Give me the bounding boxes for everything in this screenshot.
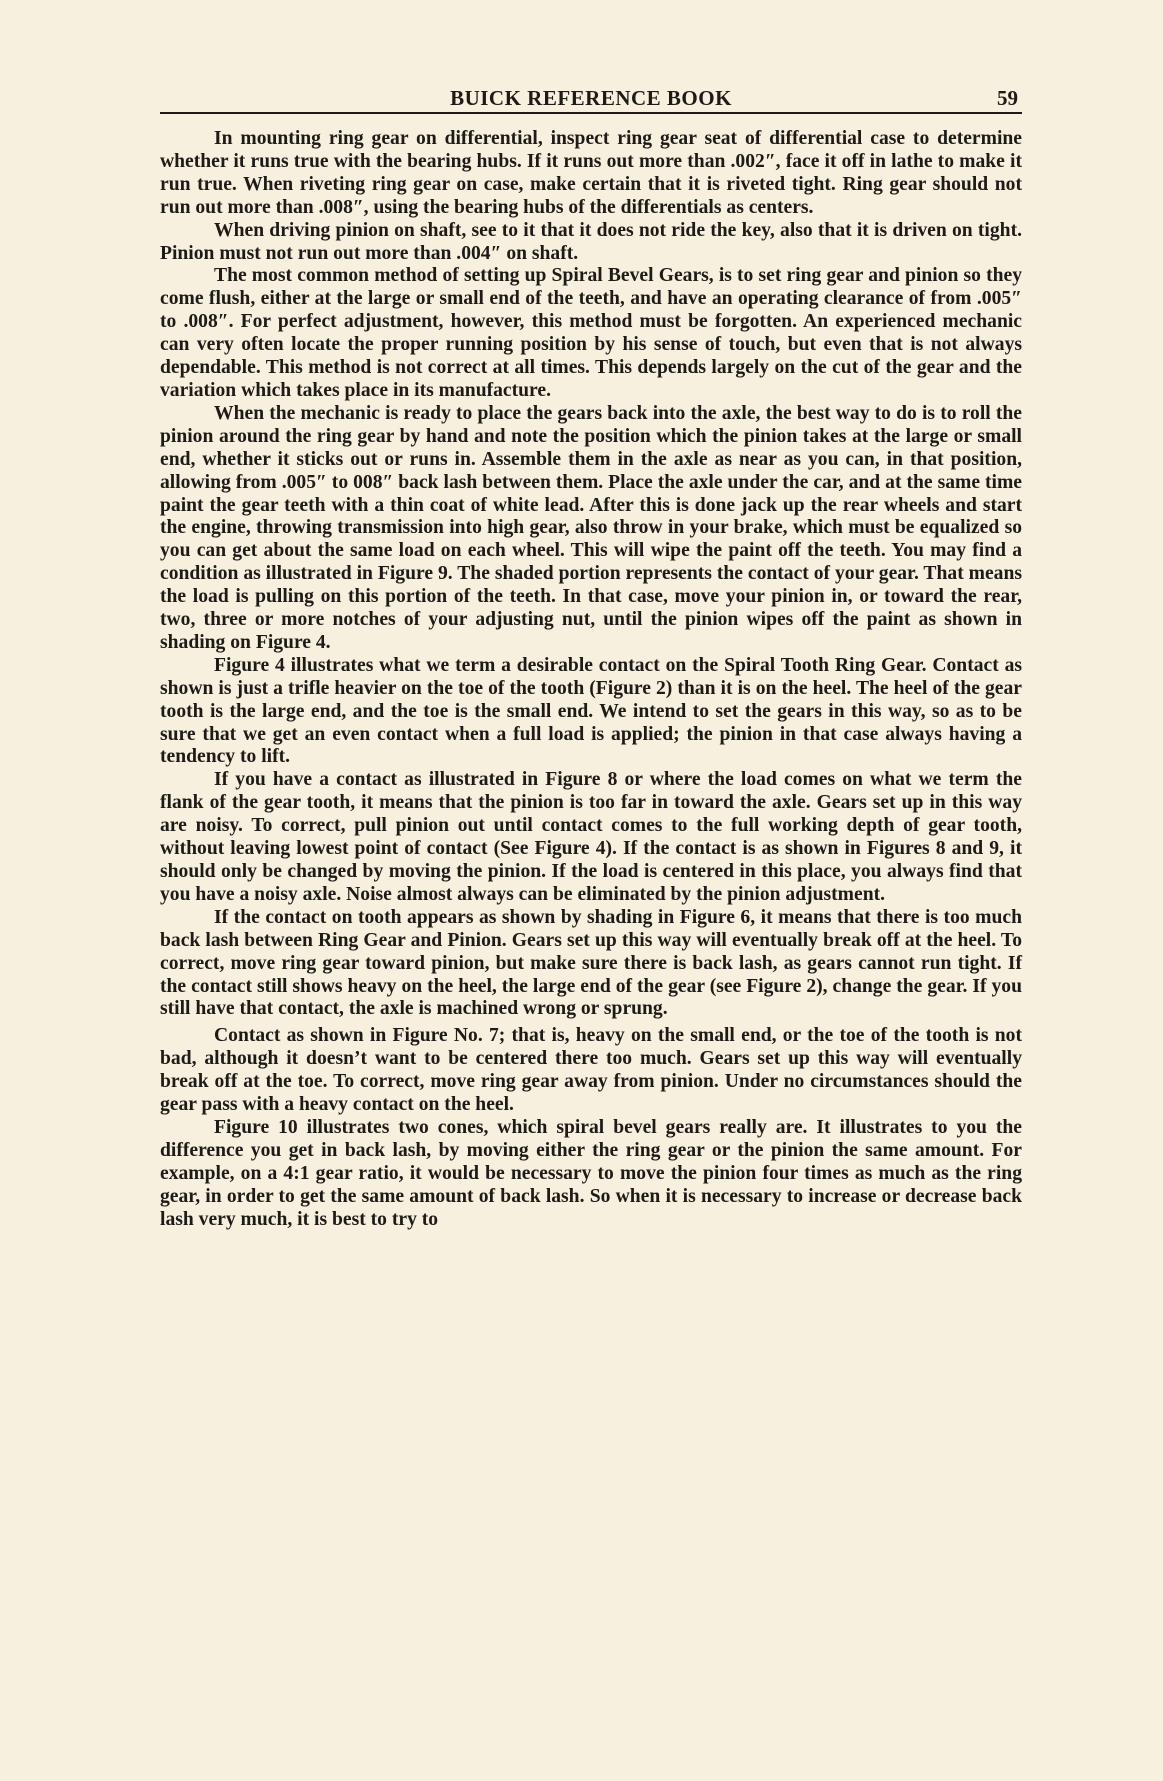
paragraph-figure-6: If the contact on tooth appears as shown… — [160, 907, 1022, 1022]
book-title: BUICK REFERENCE BOOK — [160, 86, 1022, 111]
paragraph-ring-gear-mounting: In mounting ring gear on differential, i… — [160, 128, 1022, 220]
running-header: BUICK REFERENCE BOOK 59 — [160, 86, 1022, 114]
paragraph-figure-4: Figure 4 illustrates what we term a desi… — [160, 655, 1022, 770]
paragraph-figure-10: Figure 10 illustrates two cones, which s… — [160, 1117, 1022, 1232]
paragraph-pinion-driving: When driving pinion on shaft, see to it … — [160, 220, 1022, 266]
document-page: BUICK REFERENCE BOOK 59 In mounting ring… — [160, 86, 1022, 1232]
paragraph-figure-7: Contact as shown in Figure No. 7; that i… — [160, 1025, 1022, 1117]
paragraph-common-method: The most common method of setting up Spi… — [160, 265, 1022, 402]
paragraph-figure-8: If you have a contact as illustrated in … — [160, 769, 1022, 906]
body-text: In mounting ring gear on differential, i… — [160, 128, 1022, 1232]
page-number: 59 — [997, 86, 1018, 111]
paragraph-reassembly: When the mechanic is ready to place the … — [160, 403, 1022, 655]
